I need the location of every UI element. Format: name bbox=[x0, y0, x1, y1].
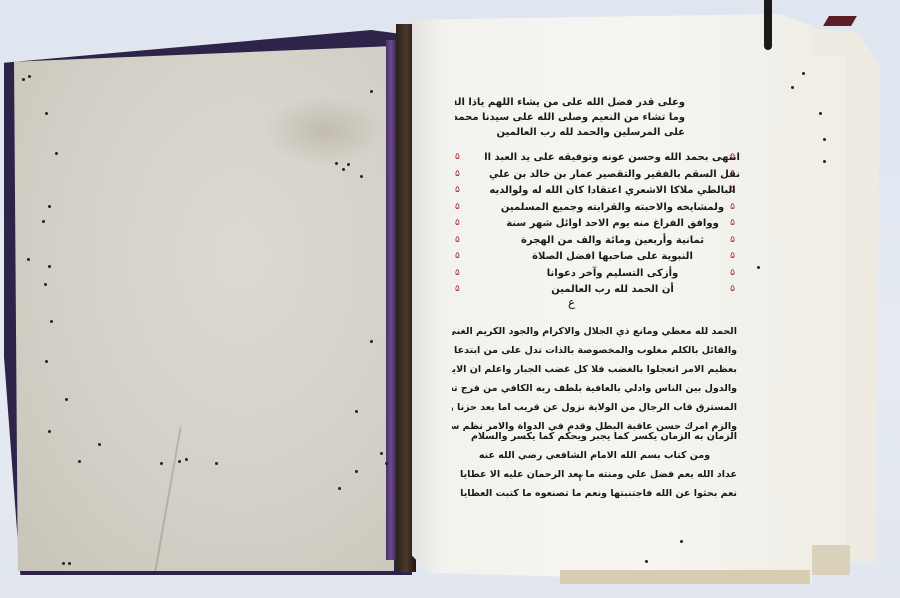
text-line: البالطي ملاكا الاشعري اعتقادا كان الله ل… bbox=[485, 183, 740, 200]
water-stain bbox=[264, 96, 384, 166]
text-line: على المرسلين والحمد لله رب العالمين bbox=[455, 125, 685, 140]
rubric-marker: ۵ bbox=[455, 202, 460, 212]
text-line: نعم بحثوا عن الله فاجتنبتها ونعم ما تصنع… bbox=[452, 484, 737, 503]
text-line: ومن كتاب بسم الله الامام الشافعي رضي الل… bbox=[452, 446, 737, 465]
rubric-marker: ۵ bbox=[455, 235, 460, 245]
rubric-marker: ۵ bbox=[455, 268, 460, 278]
colophon-poem: انتهى بحمد الله وحسن عونه وتوفيقه على يد… bbox=[485, 150, 740, 299]
purple-cloth-edge bbox=[386, 40, 396, 560]
text-line: ولمشايخه والاحبته والقرابته وجميع المسلم… bbox=[485, 200, 740, 217]
text-line: وعلى قدر فضل الله على من يشاء اللهم ياذا… bbox=[455, 95, 685, 110]
text-line: نقل السقم بالفقير والتقصير عمار بن خالد … bbox=[485, 167, 740, 184]
text-line: الزمان به الزمان يكسر كما يجبر ويحكم كما… bbox=[452, 427, 737, 446]
manuscript-photo: وعلى قدر فضل الله على من يشاء اللهم ياذا… bbox=[0, 0, 900, 598]
section-end-mark: ع bbox=[568, 295, 575, 309]
maroon-cover-corner bbox=[823, 16, 857, 26]
text-line: وأزكى التسليم وآخر دعوانا bbox=[485, 266, 740, 283]
text-line: عداد الله يعم فضل علي ومنته ما بعد الرحم… bbox=[452, 465, 737, 484]
colophon-text: وعلى قدر فضل الله على من يشاء اللهم ياذا… bbox=[455, 95, 685, 140]
verse-lines: الزمان به الزمان يكسر كما يجبر ويحكم كما… bbox=[452, 427, 737, 503]
text-line: النبوية على صاحبها افضل الصلاة bbox=[485, 249, 740, 266]
rubric-marker: ۵ bbox=[455, 185, 460, 195]
text-line: الحمد لله معطي ومانع ذي الجلال والاكرام … bbox=[452, 322, 737, 341]
rubric-marker: ۵ bbox=[455, 284, 460, 294]
text-line: ثمانية وأربعين ومائة والف من الهجرة bbox=[485, 233, 740, 250]
text-line: بعظيم الامر اتعجلوا بالغضب فلا كل غضب ال… bbox=[452, 360, 737, 379]
text-line: أن الحمد لله رب العالمين bbox=[485, 282, 740, 299]
left-pastedown bbox=[14, 46, 394, 571]
main-paragraph: الحمد لله معطي ومانع ذي الجلال والاكرام … bbox=[452, 322, 737, 436]
text-line: والقائل بالكلم مغلوب والمخصوصة بالذات تد… bbox=[452, 341, 737, 360]
rubric-marker: ۵ bbox=[455, 251, 460, 261]
text-line: وما تشاء من النعيم وصلى الله على سيدنا م… bbox=[455, 110, 685, 125]
rubric-marker: ۵ bbox=[455, 218, 460, 228]
text-line: ووافق الفراغ منه يوم الاحد اوائل شهر سنة bbox=[485, 216, 740, 233]
text-line: المسترق قاب الرجال من الولاية نزول عن قر… bbox=[452, 398, 737, 417]
page-bottom-edge bbox=[560, 570, 810, 584]
text-line: والدول بين الناس وادلي بالعافية بلطف ربه… bbox=[452, 379, 737, 398]
binder-clip bbox=[764, 0, 772, 50]
page-end-mark: ٢ bbox=[578, 473, 583, 484]
rubric-marker: ۵ bbox=[455, 152, 460, 162]
text-line: انتهى بحمد الله وحسن عونه وتوفيقه على يد… bbox=[485, 150, 740, 167]
rubric-marker: ۵ bbox=[455, 169, 460, 179]
